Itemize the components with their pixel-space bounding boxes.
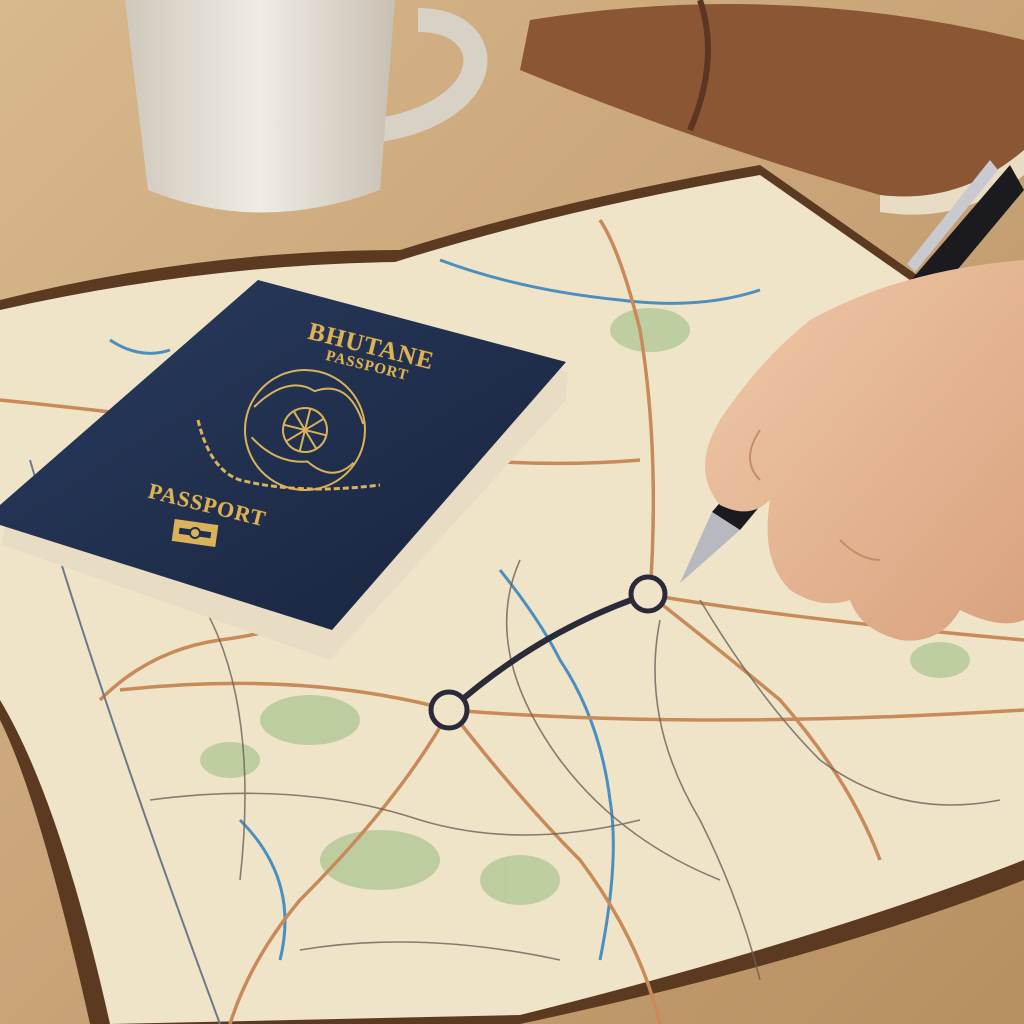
scene-illustration xyxy=(0,0,1024,1024)
photo-scene: BHUTANE PASSPORT PASSPORT xyxy=(0,0,1024,1024)
